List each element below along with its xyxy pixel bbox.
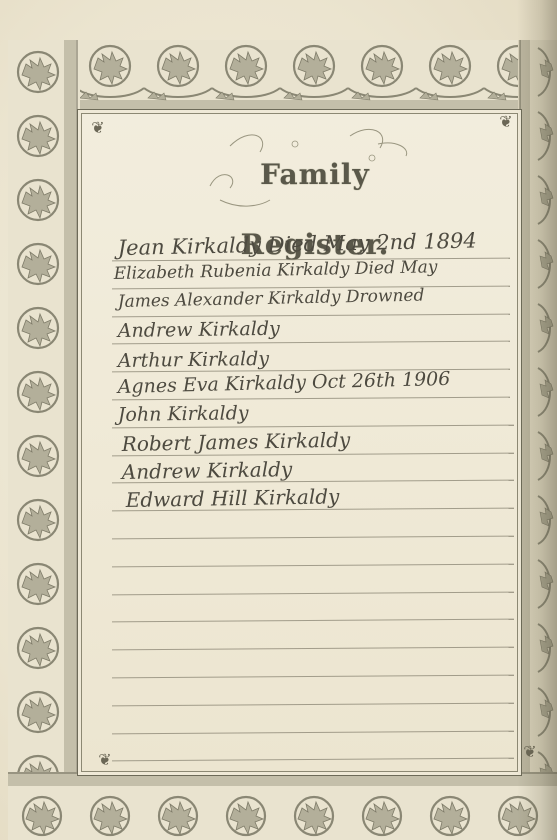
register-entry: Andrew Kirkaldy — [122, 457, 293, 484]
fleuron-icon: ❦ — [494, 110, 518, 134]
register-entry: Andrew Kirkaldy — [118, 318, 280, 342]
register-entry: Edward Hill Kirkaldy — [126, 484, 340, 512]
ornamental-border-bottom — [8, 772, 557, 840]
register-page: ❦ ❦ ❦ ❦ Family Register. Jean Kirkaldy D… — [0, 0, 557, 840]
ornamental-border-top — [8, 40, 557, 112]
page-title: Family Register. — [195, 140, 435, 210]
page-curl-shadow — [517, 0, 557, 840]
register-entry: John Kirkaldy — [118, 402, 249, 426]
register-entry: Robert James Kirkaldy — [122, 428, 351, 456]
ornamental-border-left — [8, 40, 80, 840]
register-entry: Arthur Kirkaldy — [118, 348, 269, 372]
fleuron-icon: ❦ — [86, 116, 110, 140]
